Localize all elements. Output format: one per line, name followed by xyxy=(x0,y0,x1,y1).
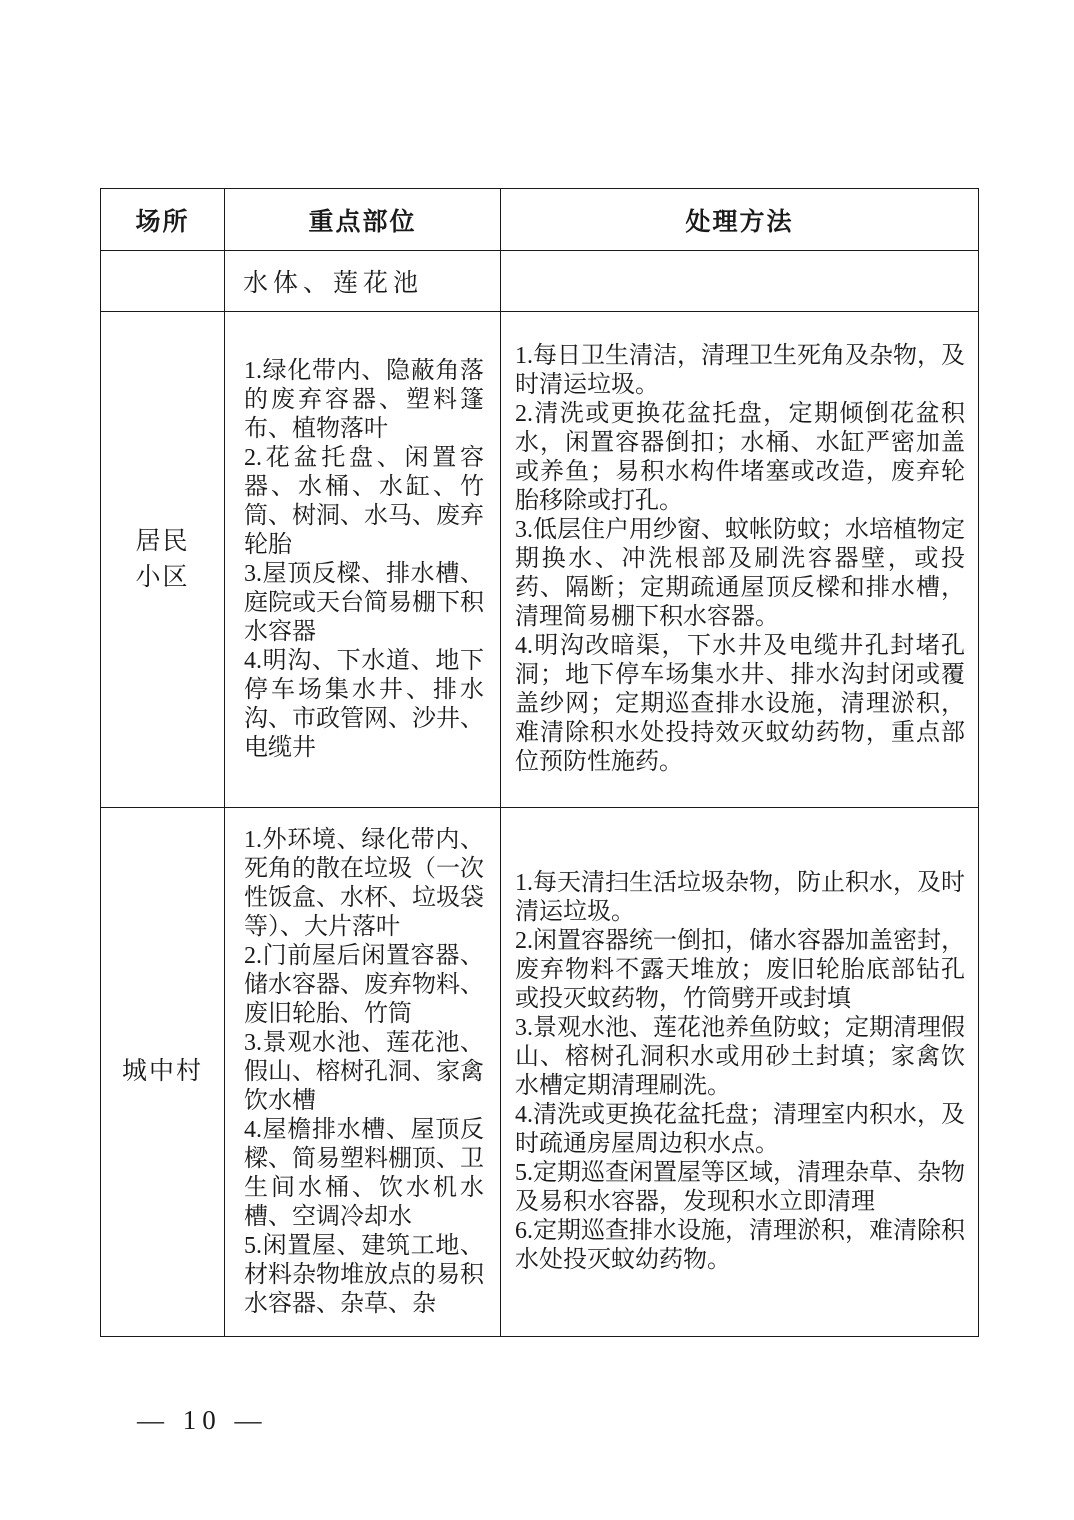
header-place: 场所 xyxy=(101,189,225,251)
document-page: 场所 重点部位 处理方法 水体、莲花池 居民 小区 1.绿化带内、隐蔽角落的废弃… xyxy=(0,0,1074,1520)
sites-item: 2.门前屋后闲置容器、储水容器、废弃物料、废旧轮胎、竹筒 xyxy=(244,942,484,1029)
residential-methods-cell: 1.每日卫生清洁，清理卫生死角及杂物，及时清运垃圾。 2.清洗或更换花盆托盘，定… xyxy=(501,312,979,808)
methods-item: 4.明沟改暗渠，下水井及电缆井孔封堵孔洞；地下停车场集水井、排水沟封闭或覆盖纱网… xyxy=(515,632,965,777)
sites-item: 1.外环境、绿化带内、死角的散在垃圾（一次性饭盒、水杯、垃圾袋等）、大片落叶 xyxy=(244,826,484,942)
methods-item: 2.闲置容器统一倒扣，储水容器加盖密封，废弃物料不露天堆放；废旧轮胎底部钻孔或投… xyxy=(515,927,965,1014)
table-row-village: 城中村 1.外环境、绿化带内、死角的散在垃圾（一次性饭盒、水杯、垃圾袋等）、大片… xyxy=(101,808,979,1337)
sites-item: 3.屋顶反樑、排水槽、庭院或天台简易棚下积水容器 xyxy=(244,560,484,647)
sites-item: 5.闲置屋、建筑工地、材料杂物堆放点的易积水容器、杂草、杂 xyxy=(244,1232,484,1319)
methods-item: 3.景观水池、莲花池养鱼防蚊；定期清理假山、榕树孔洞积水或用砂土封填；家禽饮水槽… xyxy=(515,1014,965,1101)
header-methods: 处理方法 xyxy=(501,189,979,251)
methods-item: 3.低层住户用纱窗、蚊帐防蚊；水培植物定期换水、冲洗根部及刷洗容器壁，或投药、隔… xyxy=(515,516,965,632)
village-place-cell: 城中村 xyxy=(101,808,225,1337)
methods-item: 2.清洗或更换花盆托盘，定期倾倒花盆积水，闲置容器倒扣；水桶、水缸严密加盖或养鱼… xyxy=(515,400,965,516)
residential-place-cell: 居民 小区 xyxy=(101,312,225,808)
residential-key-sites-cell: 1.绿化带内、隐蔽角落的废弃容器、塑料篷布、植物落叶 2.花盆托盘、闲置容器、水… xyxy=(225,312,501,808)
methods-item: 5.定期巡查闲置屋等区域，清理杂草、杂物及易积水容器，发现积水立即清理 xyxy=(515,1159,965,1217)
sites-item: 4.屋檐排水槽、屋顶反樑、简易塑料棚顶、卫生间水桶、饮水机水槽、空调冷却水 xyxy=(244,1116,484,1232)
water-methods-cell xyxy=(501,251,979,312)
sites-item: 1.绿化带内、隐蔽角落的废弃容器、塑料篷布、植物落叶 xyxy=(244,357,484,444)
header-key-sites: 重点部位 xyxy=(225,189,501,251)
page-number: — 10 — xyxy=(137,1405,268,1436)
methods-item: 1.每天清扫生活垃圾杂物，防止积水，及时清运垃圾。 xyxy=(515,869,965,927)
sites-item: 4.明沟、下水道、地下停车场集水井、排水沟、市政管网、沙井、电缆井 xyxy=(244,647,484,763)
water-key-sites-cell: 水体、莲花池 xyxy=(225,251,501,312)
sites-item: 2.花盆托盘、闲置容器、水桶、水缸、竹筒、树洞、水马、废弃轮胎 xyxy=(244,444,484,560)
methods-item: 6.定期巡查排水设施，清理淤积，难清除积水处投灭蚊幼药物。 xyxy=(515,1217,965,1275)
methods-item: 4.清洗或更换花盆托盘；清理室内积水，及时疏通房屋周边积水点。 xyxy=(515,1101,965,1159)
table-header-row: 场所 重点部位 处理方法 xyxy=(101,189,979,251)
mosquito-control-table: 场所 重点部位 处理方法 水体、莲花池 居民 小区 1.绿化带内、隐蔽角落的废弃… xyxy=(100,188,979,1337)
village-methods-cell: 1.每天清扫生活垃圾杂物，防止积水，及时清运垃圾。 2.闲置容器统一倒扣，储水容… xyxy=(501,808,979,1337)
water-place-cell xyxy=(101,251,225,312)
methods-item: 1.每日卫生清洁，清理卫生死角及杂物，及时清运垃圾。 xyxy=(515,342,965,400)
village-key-sites-cell: 1.外环境、绿化带内、死角的散在垃圾（一次性饭盒、水杯、垃圾袋等）、大片落叶 2… xyxy=(225,808,501,1337)
table-row-water: 水体、莲花池 xyxy=(101,251,979,312)
sites-item: 3.景观水池、莲花池、假山、榕树孔洞、家禽饮水槽 xyxy=(244,1029,484,1116)
table-row-residential: 居民 小区 1.绿化带内、隐蔽角落的废弃容器、塑料篷布、植物落叶 2.花盆托盘、… xyxy=(101,312,979,808)
